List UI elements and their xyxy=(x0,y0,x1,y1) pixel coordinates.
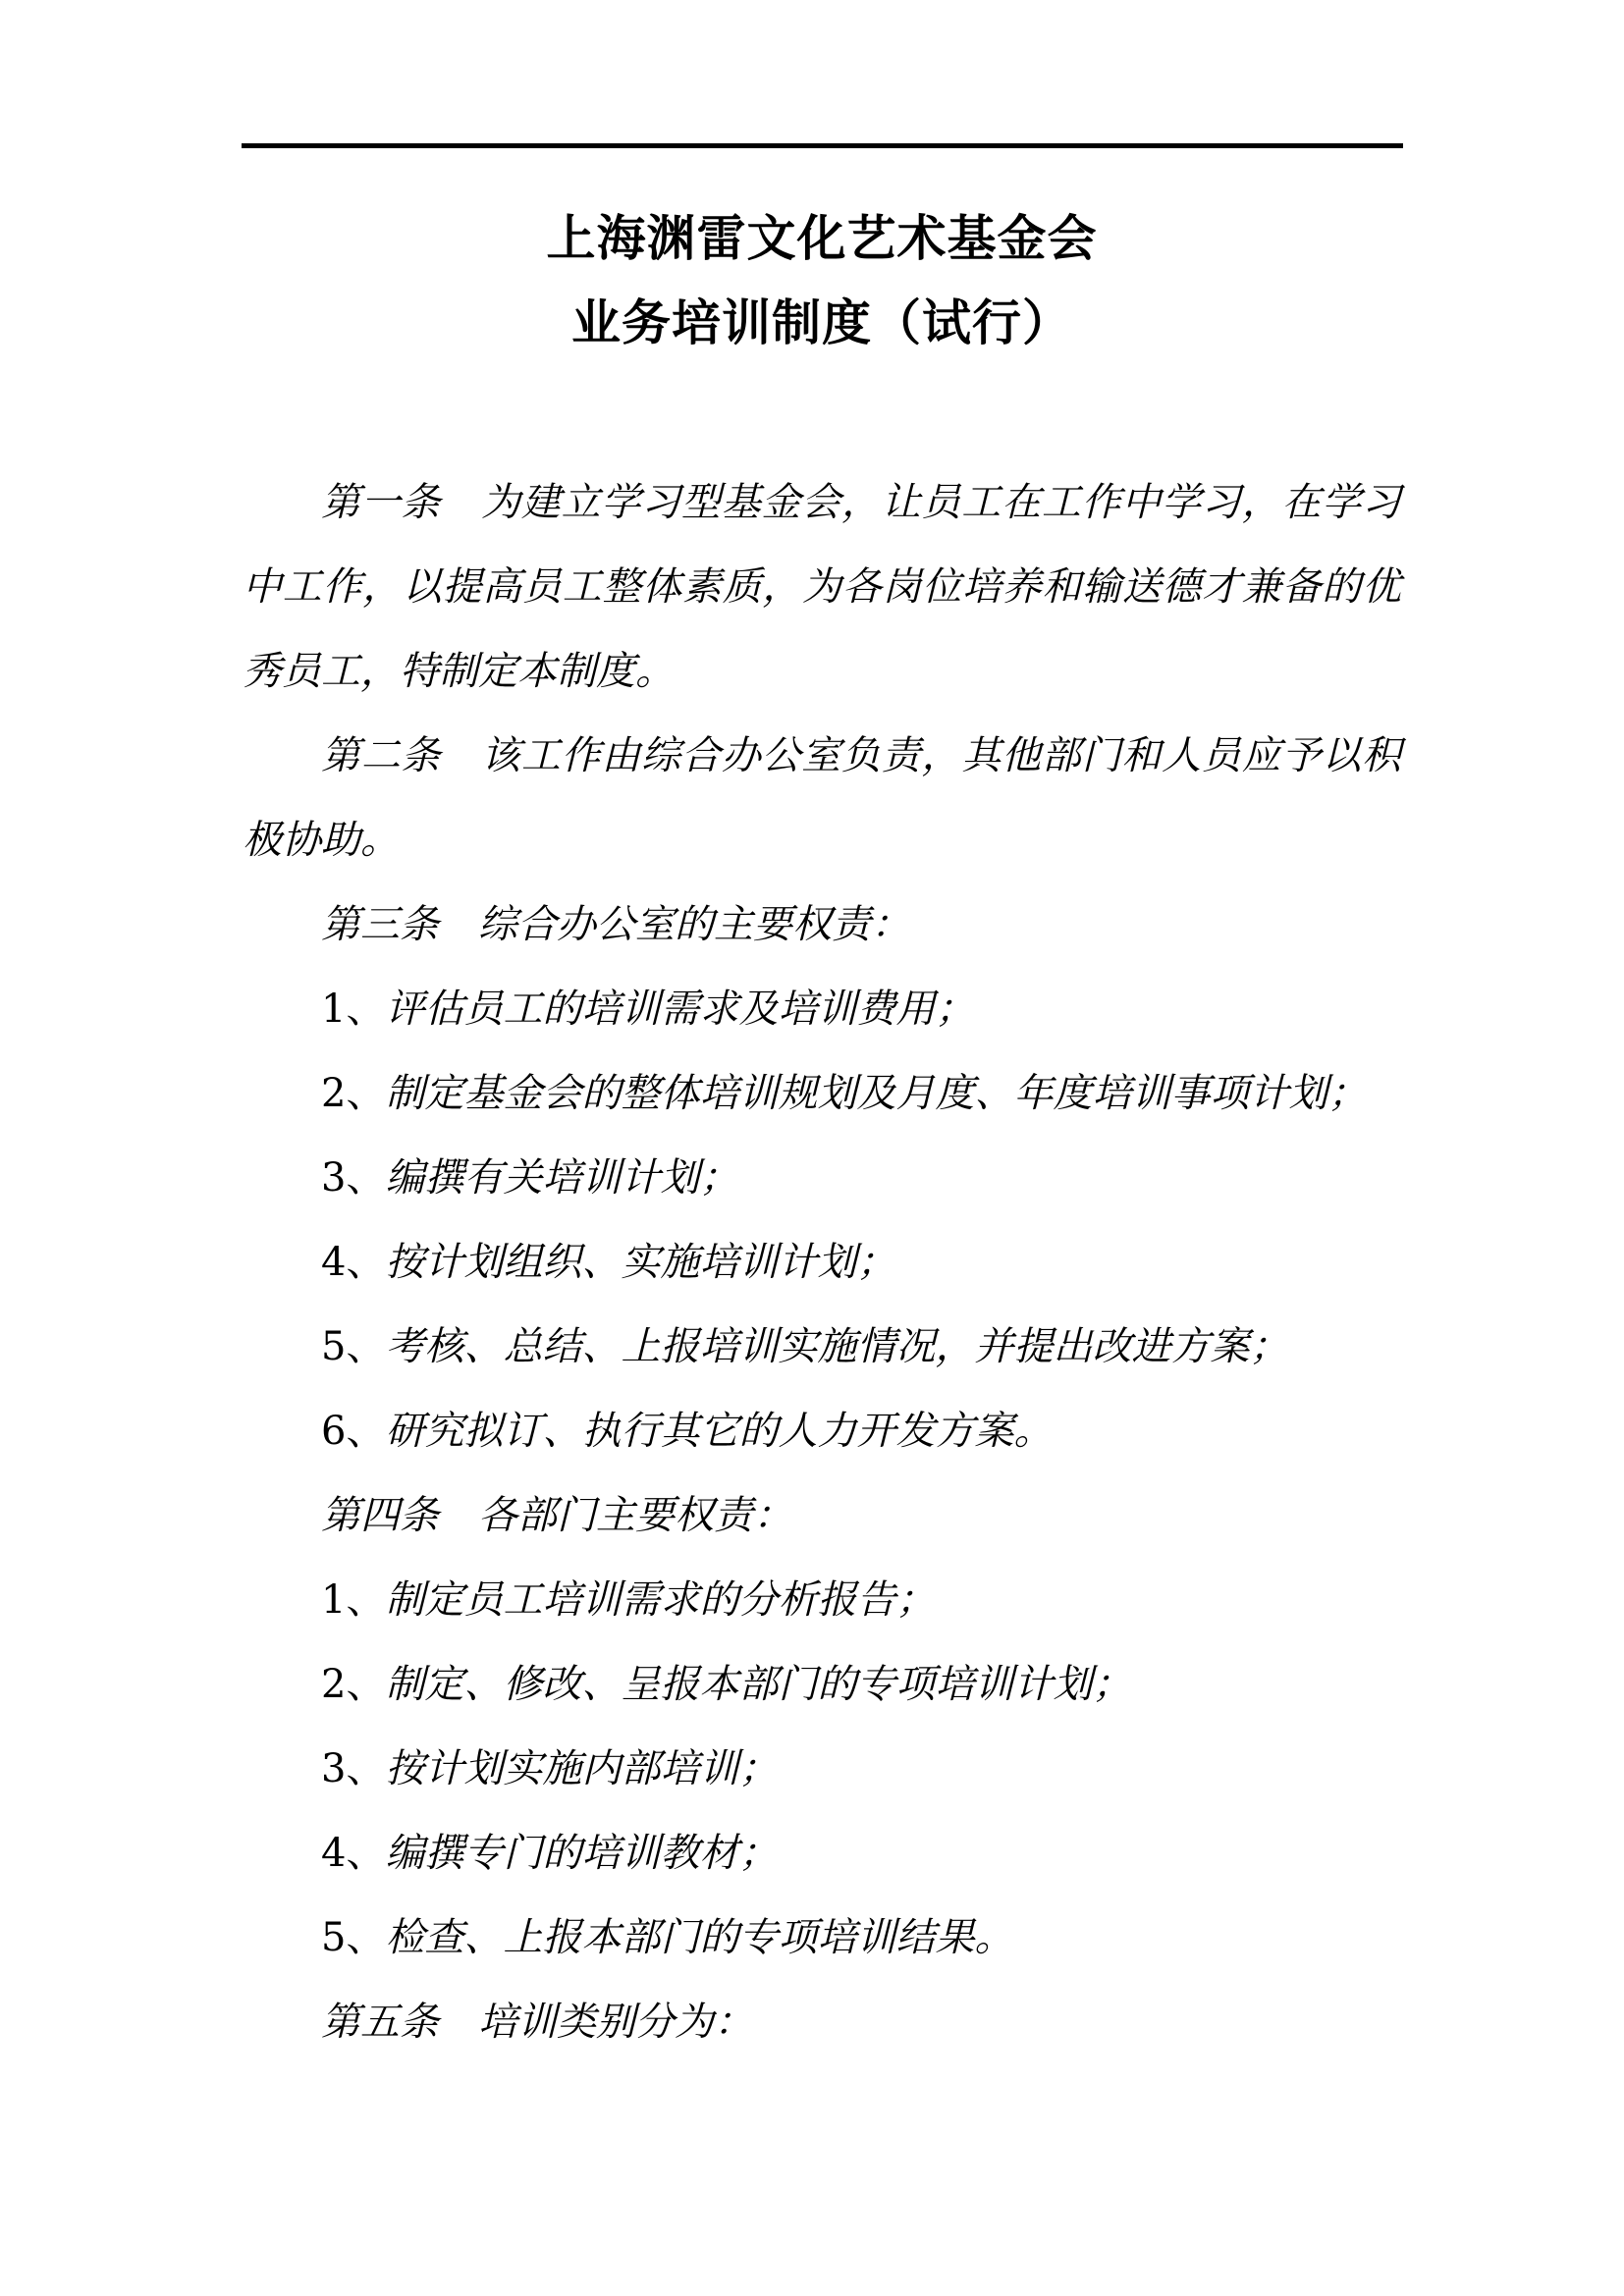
item-number: 3、 xyxy=(321,1746,385,1791)
paragraph-text: 综合办公室的主要权责： xyxy=(478,902,910,947)
item-number: 1、 xyxy=(321,1577,385,1623)
list-item-paragraph: 6、研究拟订、执行其它的人力开发方案。 xyxy=(243,1389,1401,1473)
article-paragraph: 第三条 综合办公室的主要权责： xyxy=(243,882,1401,967)
title-block: 上海渊雷文化艺术基金会 业务培训制度（试行） xyxy=(243,196,1401,365)
paragraph-text: 编撰有关培训计划； xyxy=(385,1155,738,1201)
article-number: 第二条 xyxy=(321,733,481,778)
paragraph-text: 编撰专门的培训教材； xyxy=(385,1831,778,1876)
paragraph-text: 检查、上报本部门的专项培训结果。 xyxy=(385,1915,1013,1960)
item-number: 1、 xyxy=(321,987,385,1032)
list-item-paragraph: 4、按计划组织、实施培训计划； xyxy=(243,1220,1401,1305)
item-number: 5、 xyxy=(321,1915,385,1960)
document-page: 上海渊雷文化艺术基金会 业务培训制度（试行） 第一条 为建立学习型基金会，让员工… xyxy=(0,0,1624,2296)
article-paragraph: 第一条 为建立学习型基金会，让员工在工作中学习，在学习中工作，以提高员工整体素质… xyxy=(243,460,1401,714)
list-item-paragraph: 2、制定基金会的整体培训规划及月度、年度培训事项计划； xyxy=(243,1051,1401,1136)
paragraph-text: 按计划实施内部培训； xyxy=(385,1746,778,1791)
article-number: 第三条 xyxy=(321,902,478,947)
item-number: 6、 xyxy=(321,1409,385,1454)
article-paragraph: 第二条 该工作由综合办公室负责，其他部门和人员应予以积极协助。 xyxy=(243,714,1401,882)
item-number: 5、 xyxy=(321,1324,385,1369)
list-item-paragraph: 5、考核、总结、上报培训实施情况，并提出改进方案； xyxy=(243,1305,1401,1389)
list-item-paragraph: 2、制定、修改、呈报本部门的专项培训计划； xyxy=(243,1642,1401,1727)
article-number: 第一条 xyxy=(321,480,481,525)
article-paragraph: 第四条 各部门主要权责： xyxy=(243,1473,1401,1558)
list-item-paragraph: 5、检查、上报本部门的专项培训结果。 xyxy=(243,1896,1401,1980)
paragraph-text: 各部门主要权责： xyxy=(478,1493,792,1538)
list-item-paragraph: 1、制定员工培训需求的分析报告； xyxy=(243,1558,1401,1642)
paragraph-text: 研究拟订、执行其它的人力开发方案。 xyxy=(385,1409,1053,1454)
item-number: 4、 xyxy=(321,1240,385,1285)
item-number: 2、 xyxy=(321,1071,385,1116)
document-body: 第一条 为建立学习型基金会，让员工在工作中学习，在学习中工作，以提高员工整体素质… xyxy=(243,460,1401,2064)
paragraph-text: 制定基金会的整体培训规划及月度、年度培训事项计划； xyxy=(385,1071,1367,1116)
list-item-paragraph: 1、评估员工的培训需求及培训费用； xyxy=(243,967,1401,1051)
paragraph-text: 制定、修改、呈报本部门的专项培训计划； xyxy=(385,1662,1131,1707)
header-rule-divider xyxy=(242,143,1403,148)
item-number: 2、 xyxy=(321,1662,385,1707)
list-item-paragraph: 4、编撰专门的培训教材； xyxy=(243,1811,1401,1896)
document-subtitle: 业务培训制度（试行） xyxy=(243,281,1401,365)
list-item-paragraph: 3、编撰有关培训计划； xyxy=(243,1136,1401,1220)
list-item-paragraph: 3、按计划实施内部培训； xyxy=(243,1727,1401,1811)
article-number: 第四条 xyxy=(321,1493,478,1538)
item-number: 4、 xyxy=(321,1831,385,1876)
article-paragraph: 第五条 培训类别分为： xyxy=(243,1980,1401,2064)
article-number: 第五条 xyxy=(321,2000,478,2045)
paragraph-text: 制定员工培训需求的分析报告； xyxy=(385,1577,935,1623)
paragraph-text: 按计划组织、实施培训计划； xyxy=(385,1240,895,1285)
paragraph-text: 评估员工的培训需求及培训费用； xyxy=(385,987,974,1032)
document-title: 上海渊雷文化艺术基金会 xyxy=(243,196,1401,281)
paragraph-text: 培训类别分为： xyxy=(478,2000,753,2045)
paragraph-text: 考核、总结、上报培训实施情况，并提出改进方案； xyxy=(385,1324,1288,1369)
item-number: 3、 xyxy=(321,1155,385,1201)
